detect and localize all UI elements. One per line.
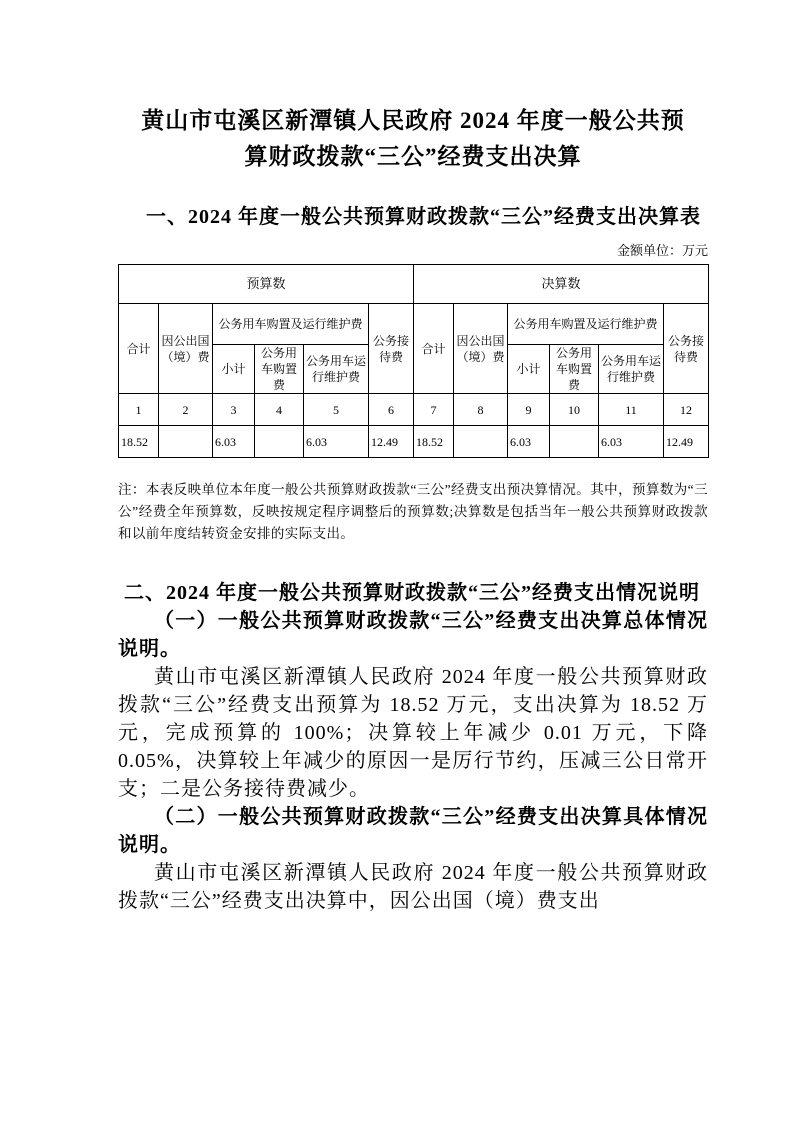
header-final-subtotal: 小计 — [508, 345, 550, 394]
col-number-12: 12 — [664, 394, 709, 426]
header-budget-reception: 公务接待费 — [369, 304, 414, 394]
value-final-purchase — [550, 426, 599, 458]
header-budget-subtotal: 小计 — [213, 345, 255, 394]
value-budget-reception: 12.49 — [369, 426, 414, 458]
subsection2-heading: （二）一般公共预算财政拨款“三公”经费支出决算具体情况说明。 — [118, 803, 708, 859]
col-number-6: 6 — [369, 394, 414, 426]
value-budget-purchase — [255, 426, 304, 458]
unit-label: 金额单位：万元 — [118, 240, 708, 259]
header-final-total: 合计 — [414, 304, 454, 394]
value-final-total: 18.52 — [414, 426, 454, 458]
header-budget-vehicle-group: 公务用车购置及运行维护费 — [213, 304, 369, 345]
header-final-vehicle-group: 公务用车购置及运行维护费 — [508, 304, 664, 345]
header-budget-purchase: 公务用车购置费 — [255, 345, 304, 394]
group-header-final: 决算数 — [414, 265, 709, 304]
value-final-subtotal: 6.03 — [508, 426, 550, 458]
value-budget-subtotal: 6.03 — [213, 426, 255, 458]
col-number-5: 5 — [304, 394, 369, 426]
value-budget-total: 18.52 — [119, 426, 159, 458]
table-row-column-numbers: 1 2 3 4 5 6 7 8 9 10 11 12 — [119, 394, 709, 426]
header-final-maintenance: 公务用车运行维护费 — [599, 345, 664, 394]
value-final-reception: 12.49 — [664, 426, 709, 458]
header-final-reception: 公务接待费 — [664, 304, 709, 394]
table-note: 注：本表反映单位本年度一般公共预算财政拨款“三公”经费支出预决算情况。其中，预算… — [118, 479, 708, 545]
document-title: 黄山市屯溪区新潭镇人民政府 2024 年度一般公共预算财政拨款“三公”经费支出决… — [135, 103, 691, 175]
value-final-maintenance: 6.03 — [599, 426, 664, 458]
col-number-1: 1 — [119, 394, 159, 426]
subsection1-heading: （一）一般公共预算财政拨款“三公”经费支出决算总体情况说明。 — [118, 607, 708, 663]
three-public-expense-table: 预算数 决算数 合计 因公出国（境）费 公务用车购置及运行维护费 公务接待费 合… — [118, 264, 709, 458]
header-budget-abroad: 因公出国（境）费 — [159, 304, 213, 394]
section2-paragraph-2: 黄山市屯溪区新潭镇人民政府 2024 年度一般公共预算财政拨款“三公”经费支出决… — [118, 859, 708, 915]
col-number-8: 8 — [454, 394, 508, 426]
header-budget-maintenance: 公务用车运行维护费 — [304, 345, 369, 394]
col-number-7: 7 — [414, 394, 454, 426]
col-number-4: 4 — [255, 394, 304, 426]
value-budget-maintenance: 6.03 — [304, 426, 369, 458]
table-row-values: 18.52 6.03 6.03 12.49 18.52 6.03 6.03 12… — [119, 426, 709, 458]
col-number-9: 9 — [508, 394, 550, 426]
col-number-11: 11 — [599, 394, 664, 426]
section2-paragraph-1: 黄山市屯溪区新潭镇人民政府 2024 年度一般公共预算财政拨款“三公”经费支出预… — [118, 663, 708, 803]
section1-heading: 一、2024 年度一般公共预算财政拨款“三公”经费支出决算表 — [118, 202, 708, 233]
table-row-headers: 合计 因公出国（境）费 公务用车购置及运行维护费 公务接待费 合计 因公出国（境… — [119, 304, 709, 345]
col-number-3: 3 — [213, 394, 255, 426]
header-final-abroad: 因公出国（境）费 — [454, 304, 508, 394]
value-final-abroad — [454, 426, 508, 458]
table-row-groups: 预算数 决算数 — [119, 265, 709, 304]
header-final-purchase: 公务用车购置费 — [550, 345, 599, 394]
document-page: 黄山市屯溪区新潭镇人民政府 2024 年度一般公共预算财政拨款“三公”经费支出决… — [0, 0, 793, 1122]
col-number-2: 2 — [159, 394, 213, 426]
group-header-budget: 预算数 — [119, 265, 414, 304]
section2-heading: 二、2024 年度一般公共预算财政拨款“三公”经费支出情况说明 — [118, 579, 708, 607]
col-number-10: 10 — [550, 394, 599, 426]
header-budget-total: 合计 — [119, 304, 159, 394]
value-budget-abroad — [159, 426, 213, 458]
